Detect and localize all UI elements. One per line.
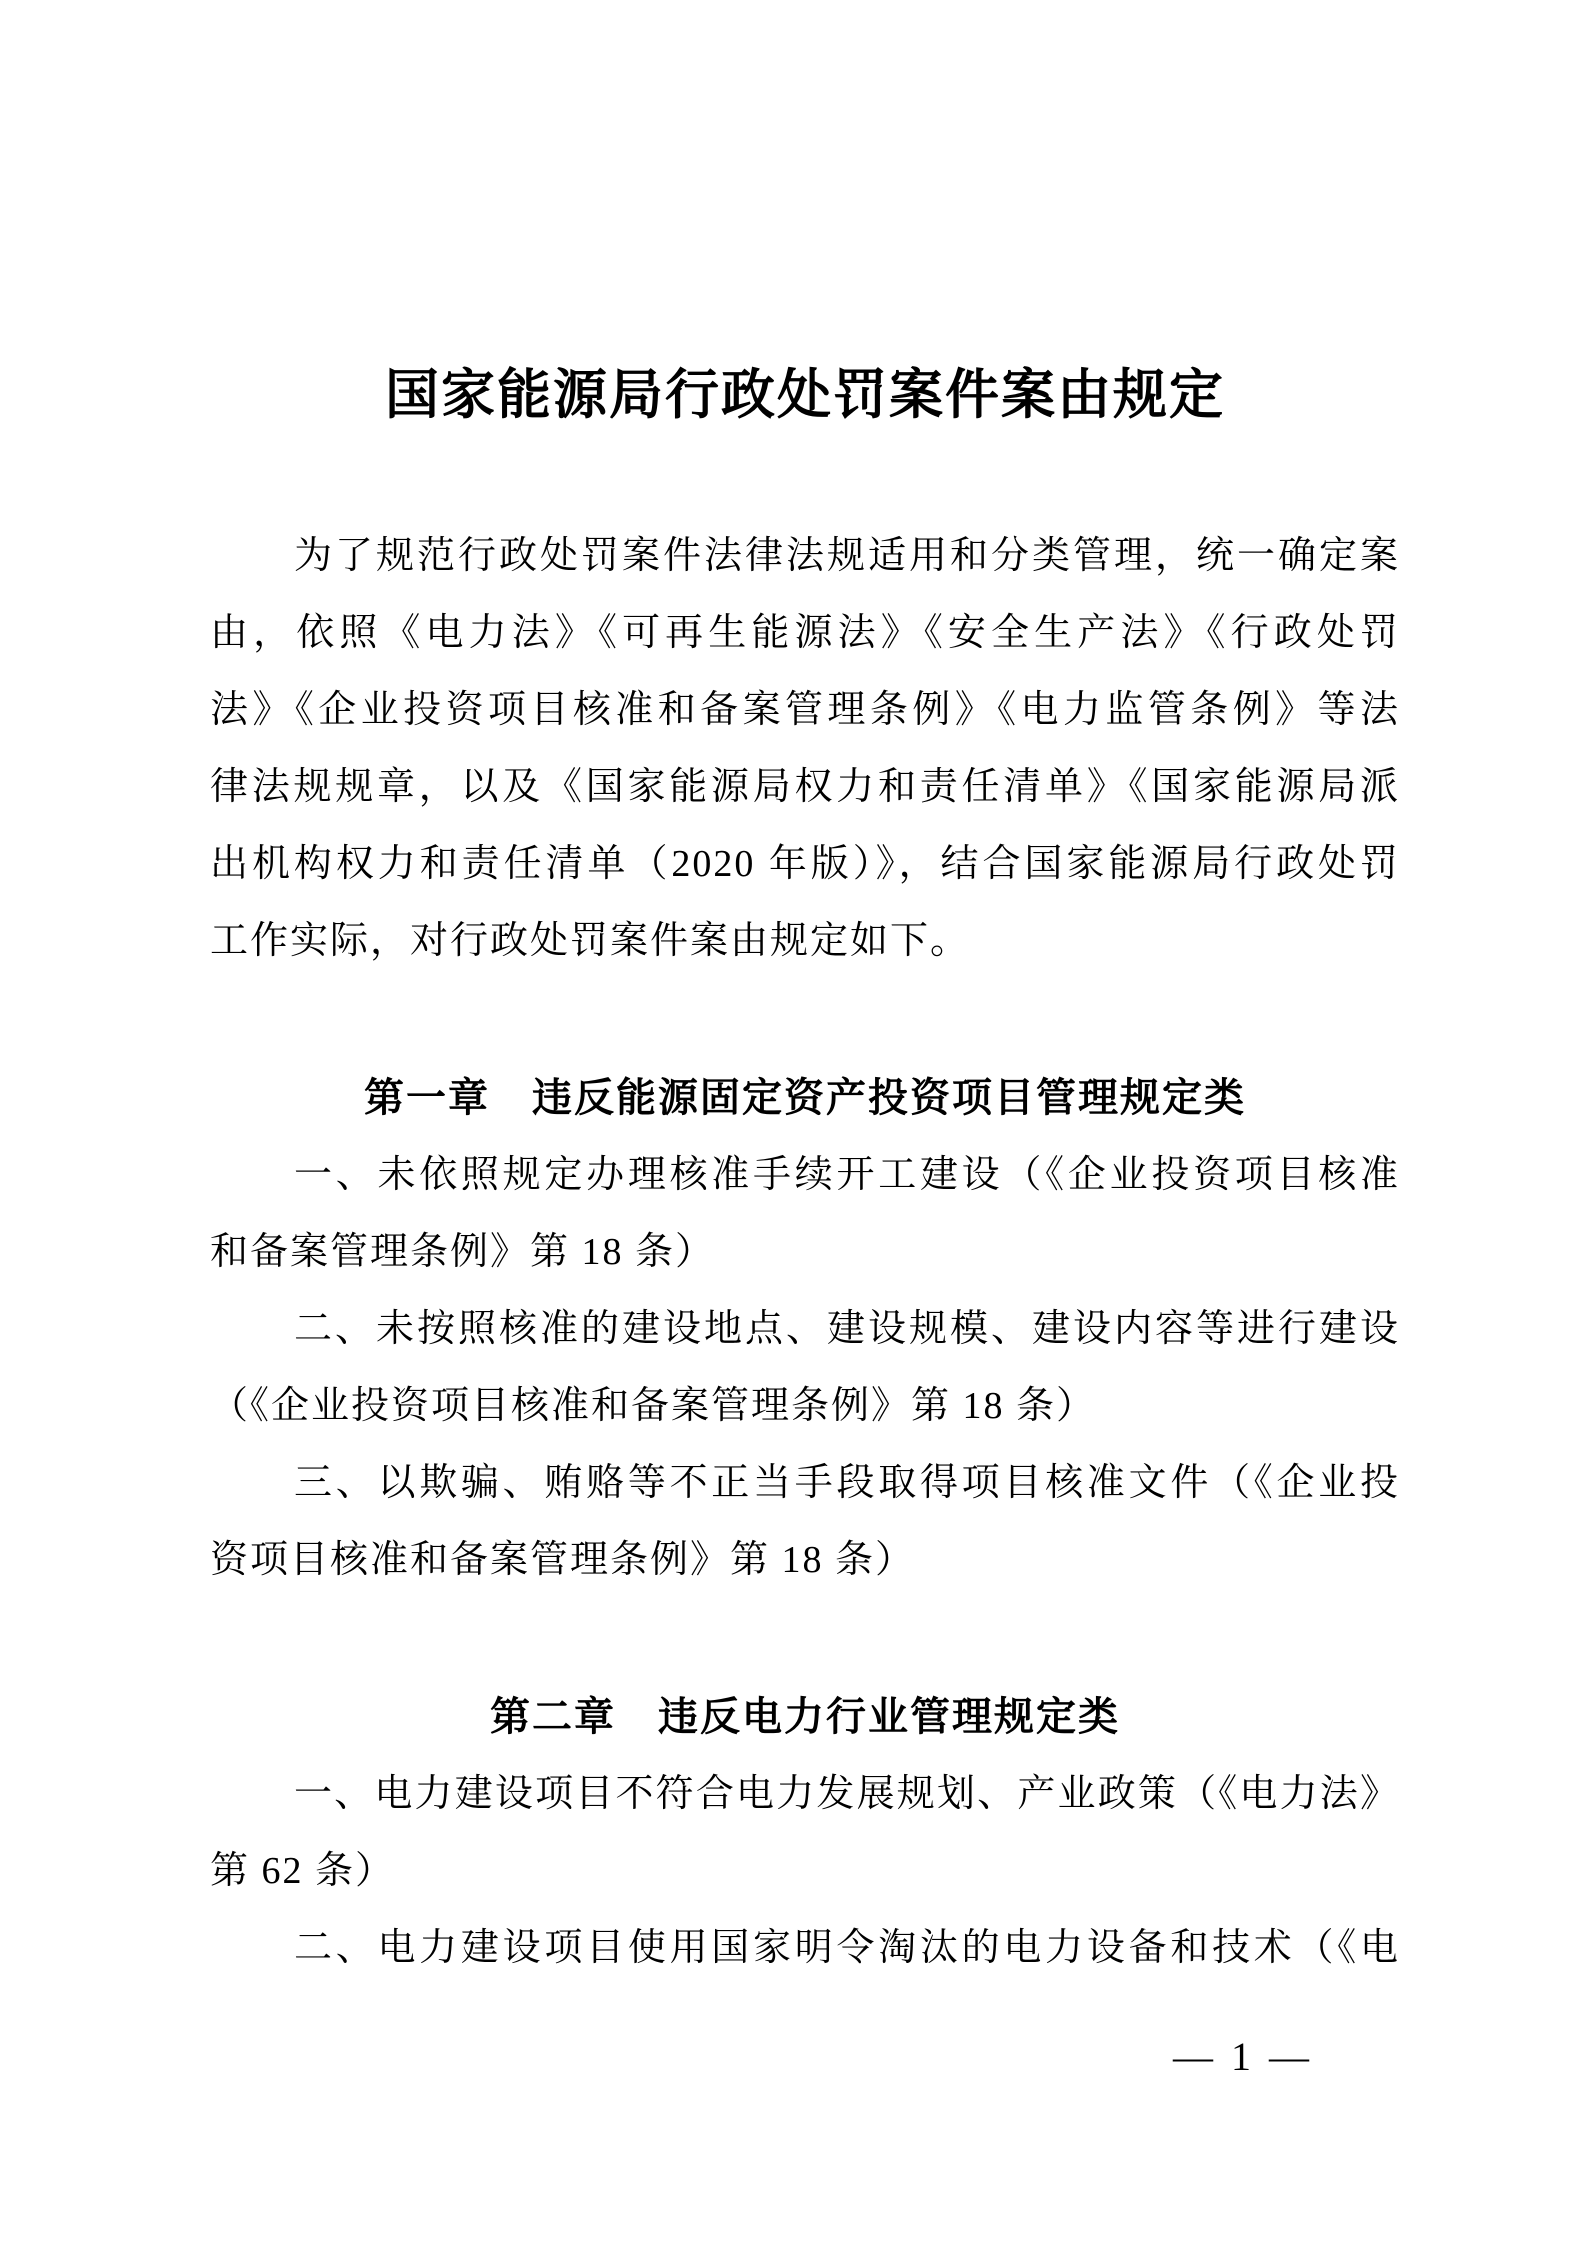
item-line: （《企业投资项目核准和备案管理条例》第 18 条） bbox=[210, 1368, 1400, 1445]
intro-line-2: 由，依照《电力法》《可再生能源法》《安全生产法》《行政处罚 bbox=[210, 595, 1400, 672]
item-line: 一、未依照规定办理核准手续开工建设（《企业投资项目核准 bbox=[210, 1137, 1400, 1214]
document-title: 国家能源局行政处罚案件案由规定 bbox=[210, 362, 1400, 428]
chapter-1-heading: 第一章 违反能源固定资产投资项目管理规定类 bbox=[210, 1060, 1400, 1137]
chapter-2-item-1: 一、电力建设项目不符合电力发展规划、产业政策（《电力法》 第 62 条） bbox=[210, 1756, 1400, 1910]
intro-line-5: 出机构权力和责任清单（2020 年版）》，结合国家能源局行政处罚 bbox=[210, 826, 1400, 903]
intro-paragraph: 为了规范行政处罚案件法律法规适用和分类管理，统一确定案 由，依照《电力法》《可再… bbox=[210, 518, 1400, 980]
chapter-2-item-2: 二、电力建设项目使用国家明令淘汰的电力设备和技术（《电 bbox=[210, 1910, 1400, 1987]
item-line: 二、电力建设项目使用国家明令淘汰的电力设备和技术（《电 bbox=[210, 1910, 1400, 1987]
chapter-2-heading: 第二章 违反电力行业管理规定类 bbox=[210, 1679, 1400, 1756]
chapter-1-item-3: 三、以欺骗、贿赂等不正当手段取得项目核准文件（《企业投 资项目核准和备案管理条例… bbox=[210, 1445, 1400, 1599]
item-line: 第 62 条） bbox=[210, 1833, 1400, 1910]
item-line: 二、未按照核准的建设地点、建设规模、建设内容等进行建设 bbox=[210, 1291, 1400, 1368]
item-line: 一、电力建设项目不符合电力发展规划、产业政策（《电力法》 bbox=[210, 1756, 1400, 1833]
chapter-1-item-1: 一、未依照规定办理核准手续开工建设（《企业投资项目核准 和备案管理条例》第 18… bbox=[210, 1137, 1400, 1291]
intro-line-4: 律法规规章，以及《国家能源局权力和责任清单》《国家能源局派 bbox=[210, 749, 1400, 826]
item-line: 资项目核准和备案管理条例》第 18 条） bbox=[210, 1522, 1400, 1599]
item-line: 三、以欺骗、贿赂等不正当手段取得项目核准文件（《企业投 bbox=[210, 1445, 1400, 1522]
page-number: — 1 — bbox=[1173, 2034, 1313, 2079]
intro-line-6: 工作实际，对行政处罚案件案由规定如下。 bbox=[210, 903, 1400, 980]
page-footer: — 1 — bbox=[210, 2035, 1400, 2079]
intro-line-1: 为了规范行政处罚案件法律法规适用和分类管理，统一确定案 bbox=[210, 518, 1400, 595]
item-line: 和备案管理条例》第 18 条） bbox=[210, 1214, 1400, 1291]
intro-line-3: 法》《企业投资项目核准和备案管理条例》《电力监管条例》等法 bbox=[210, 672, 1400, 749]
document-page: 国家能源局行政处罚案件案由规定 为了规范行政处罚案件法律法规适用和分类管理，统一… bbox=[0, 0, 1587, 2245]
chapter-1-item-2: 二、未按照核准的建设地点、建设规模、建设内容等进行建设 （《企业投资项目核准和备… bbox=[210, 1291, 1400, 1445]
